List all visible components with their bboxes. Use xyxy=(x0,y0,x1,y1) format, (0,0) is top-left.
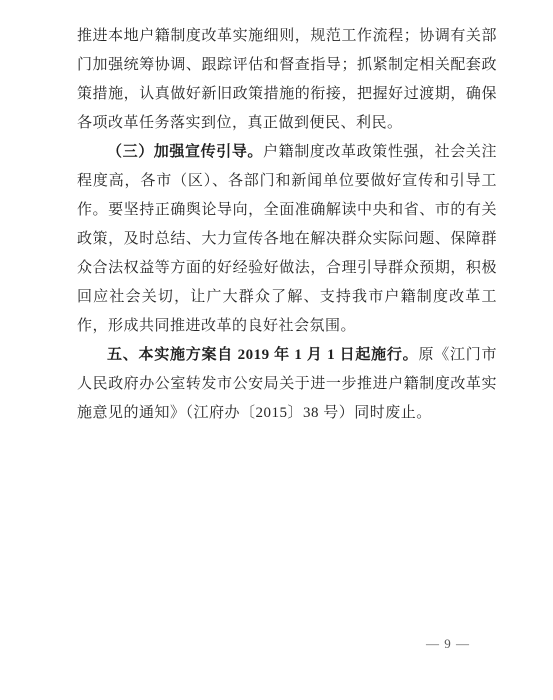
paragraph-continuation: 推进本地户籍制度改革实施细则，规范工作流程；协调有关部门加强统筹协调、跟踪评估和… xyxy=(77,22,497,138)
paragraph-section-5: 五、本实施方案自 2019 年 1 月 1 日起施行。原《江门市人民政府办公室转… xyxy=(77,341,497,428)
paragraph-section-3: （三）加强宣传引导。户籍制度改革政策性强，社会关注程度高，各市（区）、各部门和新… xyxy=(77,138,497,341)
paragraph-heading: （三）加强宣传引导。 xyxy=(107,144,263,160)
paragraph-text: 推进本地户籍制度改革实施细则，规范工作流程；协调有关部门加强统筹协调、跟踪评估和… xyxy=(77,28,497,131)
document-body: 推进本地户籍制度改革实施细则，规范工作流程；协调有关部门加强统筹协调、跟踪评估和… xyxy=(77,22,497,428)
paragraph-heading: 五、本实施方案自 2019 年 1 月 1 日起施行。 xyxy=(107,347,418,363)
paragraph-text: 户籍制度改革政策性强，社会关注程度高，各市（区）、各部门和新闻单位要做好宣传和引… xyxy=(77,144,497,334)
document-page: 推进本地户籍制度改革实施细则，规范工作流程；协调有关部门加强统筹协调、跟踪评估和… xyxy=(0,0,553,700)
page-number: — 9 — xyxy=(426,636,470,652)
